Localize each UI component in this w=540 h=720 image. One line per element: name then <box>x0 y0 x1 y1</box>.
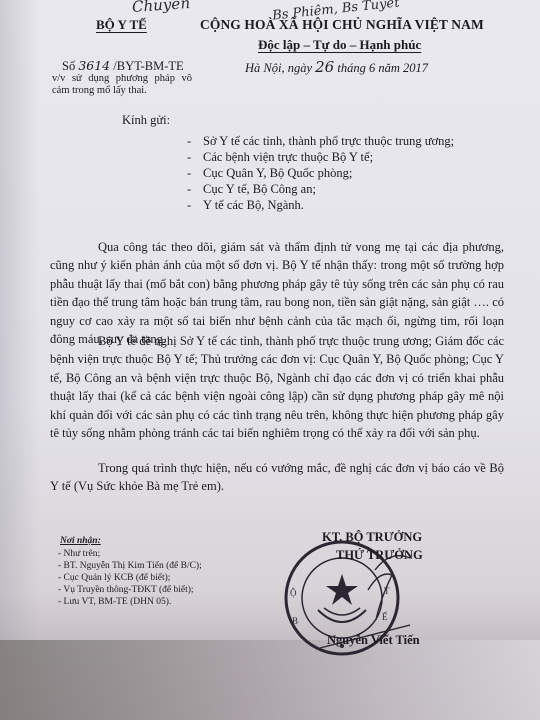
handwritten-note: Chuyển <box>131 0 190 16</box>
date-prefix: Hà Nội, ngày <box>245 61 312 75</box>
nation-title: CỘNG HOÀ XÃ HỘI CHỦ NGHĨA VIỆT NAM <box>200 17 484 33</box>
cc-label: Nơi nhận: <box>60 536 101 546</box>
page-shadow-left <box>0 0 40 720</box>
addressee-item: -Cục Y tế, Bộ Công an; <box>187 181 454 197</box>
addressee-item: -Cục Quân Y, Bộ Quốc phòng; <box>187 165 454 181</box>
addressee-item: -Sở Y tế các tỉnh, thành phố trực thuộc … <box>187 133 454 149</box>
signature-subtitle: THỨ TRƯỞNG <box>336 548 423 563</box>
svg-text:B: B <box>292 616 298 626</box>
document-page: Chuyển Bs Phiêm, Bs Tuyết BỘ Y TẾ CỘNG H… <box>0 0 540 720</box>
document-subject: v/v sử dụng phương pháp vô cảm trong mổ … <box>52 73 192 97</box>
addressee-item: -Các bệnh viện trực thuộc Bộ Y tế; <box>187 149 454 165</box>
body-paragraph: Trong quá trình thực hiện, nếu có vướng … <box>50 459 504 496</box>
date-day-handwritten: 26 <box>315 58 334 76</box>
signature-title: KT. BỘ TRƯỞNG <box>322 530 422 545</box>
doc-number-suffix: /BYT-BM-TE <box>113 59 183 73</box>
date-suffix: tháng 6 năm 2017 <box>337 61 428 75</box>
body-paragraph: Bộ Y tế đề nghị Sở Y tế các tỉnh, thành … <box>50 332 504 442</box>
cc-item: - BT. Nguyễn Thị Kim Tiến (để B/C); <box>58 560 202 572</box>
date-line: Hà Nội, ngày 26 tháng 6 năm 2017 <box>245 58 428 76</box>
addressee-list: -Sở Y tế các tỉnh, thành phố trực thuộc … <box>187 133 454 213</box>
ministry-name: BỘ Y TẾ <box>96 17 147 33</box>
document-number: Số 3614 /BYT-BM-TE <box>62 58 184 74</box>
doc-number-prefix: Số <box>62 59 75 73</box>
cc-item: - Lưu VT, BM-TE (DHN 05). <box>58 596 202 608</box>
svg-text:Ế: Ế <box>382 612 388 622</box>
cc-item: - Như trên; <box>58 548 202 560</box>
svg-text:Ộ: Ộ <box>290 588 297 598</box>
signer-name: Nguyễn Viết Tiến <box>327 633 420 648</box>
cc-item: - Vụ Truyền thông-TĐKT (để biết); <box>58 584 202 596</box>
page-shadow-bottom <box>0 640 540 720</box>
cc-list: - Như trên; - BT. Nguyễn Thị Kim Tiến (đ… <box>58 548 202 608</box>
national-motto: Độc lập – Tự do – Hạnh phúc <box>258 37 421 53</box>
doc-number-handwritten: 3614 <box>78 58 110 73</box>
addressee-item: -Y tế các Bộ, Ngành. <box>187 197 454 213</box>
cc-item: - Cục Quản lý KCB (để biết); <box>58 572 202 584</box>
addressee-label: Kính gửi: <box>122 113 170 128</box>
